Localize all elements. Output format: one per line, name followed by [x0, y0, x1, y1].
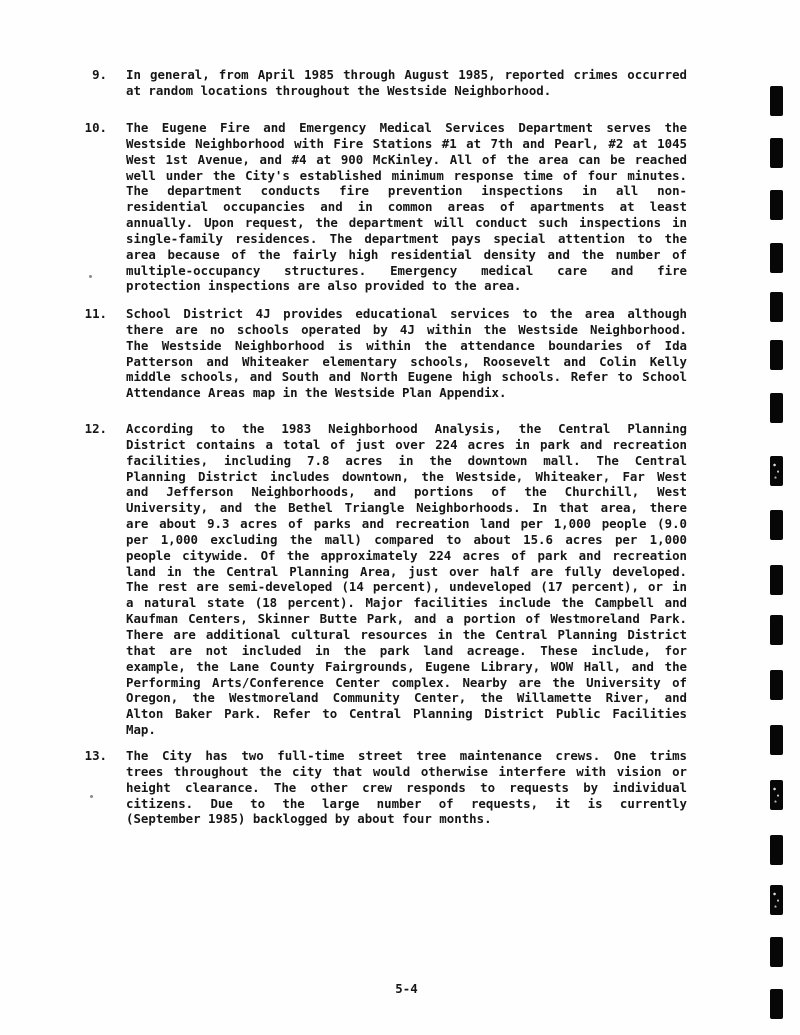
binding-mark [770, 565, 783, 595]
text-line: The Eugene Fire and Emergency Medical Se… [126, 120, 687, 136]
paragraph-item: 11.School District 4J provides education… [84, 306, 687, 401]
text-line: protection inspections are also provided… [126, 278, 687, 294]
text-line: at random locations throughout the Wests… [126, 83, 687, 99]
binding-mark [770, 989, 783, 1019]
text-line: facilities, including 7.8 acres in the d… [126, 453, 687, 469]
binding-mark [770, 615, 783, 645]
paragraph-number: 9. [84, 67, 107, 99]
text-line: The rest are semi-developed (14 percent)… [126, 579, 687, 595]
text-line: are about 9.3 acres of parks and recreat… [126, 516, 687, 532]
text-line: multiple-occupancy structures. Emergency… [126, 263, 687, 279]
text-line: In general, from April 1985 through Augu… [126, 67, 687, 83]
binding-mark [770, 292, 783, 322]
page-number: 5-4 [126, 981, 687, 997]
text-line: Westside Neighborhood with Fire Stations… [126, 136, 687, 152]
text-line: middle schools, and South and North Euge… [126, 369, 687, 385]
text-line: Performing Arts/Conference Center comple… [126, 675, 687, 691]
text-line: Kaufman Centers, Skinner Butte Park, and… [126, 611, 687, 627]
scan-speck [90, 795, 93, 798]
binding-mark [770, 780, 783, 810]
paragraph-text: The Eugene Fire and Emergency Medical Se… [126, 120, 687, 294]
binding-mark [770, 138, 783, 168]
text-line: Alton Baker Park. Refer to Central Plann… [126, 706, 687, 722]
text-line: School District 4J provides educational … [126, 306, 687, 322]
text-line: citizens. Due to the large number of req… [126, 796, 687, 812]
binding-mark [770, 510, 783, 540]
text-line: area because of the fairly high resident… [126, 247, 687, 263]
text-line: Attendance Areas map in the Westside Pla… [126, 385, 687, 401]
text-line: The Westside Neighborhood is within the … [126, 338, 687, 354]
text-line: University, and the Bethel Triangle Neig… [126, 500, 687, 516]
paragraph-text: In general, from April 1985 through Augu… [126, 67, 687, 99]
text-line: Map. [126, 722, 687, 738]
binding-mark [770, 885, 783, 915]
text-line: people citywide. Of the approximately 22… [126, 548, 687, 564]
binding-mark [770, 937, 783, 967]
text-line: a natural state (18 percent). Major faci… [126, 595, 687, 611]
text-line: per 1,000 excluding the mall) compared t… [126, 532, 687, 548]
text-line: residential occupancies and in common ar… [126, 199, 687, 215]
text-line: There are additional cultural resources … [126, 627, 687, 643]
paragraph-item: 10.The Eugene Fire and Emergency Medical… [84, 120, 687, 294]
text-line: trees throughout the city that would oth… [126, 764, 687, 780]
text-line: single-family residences. The department… [126, 231, 687, 247]
text-line: Patterson and Whiteaker elementary schoo… [126, 354, 687, 370]
paragraph-text: School District 4J provides educational … [126, 306, 687, 401]
text-line: (September 1985) backlogged by about fou… [126, 811, 687, 827]
scan-speck [89, 275, 92, 278]
binding-mark [770, 340, 783, 370]
binding-mark [770, 670, 783, 700]
paragraph-text: According to the 1983 Neighborhood Analy… [126, 421, 687, 738]
binding-mark [770, 725, 783, 755]
binding-mark [770, 190, 783, 220]
text-line: According to the 1983 Neighborhood Analy… [126, 421, 687, 437]
paragraph-number: 10. [84, 120, 107, 294]
text-line: well under the City's established minimu… [126, 168, 687, 184]
paragraph-text: The City has two full-time street tree m… [126, 748, 687, 827]
scanned-document-page: 9.In general, from April 1985 through Au… [0, 0, 800, 1035]
text-line: land in the Central Planning Area, just … [126, 564, 687, 580]
binding-mark [770, 835, 783, 865]
text-line: West 1st Avenue, and #4 at 900 McKinley.… [126, 152, 687, 168]
paragraph-number: 11. [84, 306, 107, 401]
binding-mark [770, 456, 783, 486]
paragraph-number: 13. [84, 748, 107, 827]
text-line: District contains a total of just over 2… [126, 437, 687, 453]
text-line: that are not included in the park land a… [126, 643, 687, 659]
paragraph-number: 12. [84, 421, 107, 738]
paragraph-item: 13.The City has two full-time street tre… [84, 748, 687, 827]
text-line: example, the Lane County Fairgrounds, Eu… [126, 659, 687, 675]
binding-mark [770, 243, 783, 273]
text-line: The department conducts fire prevention … [126, 183, 687, 199]
text-line: and Jefferson Neighborhoods, and portion… [126, 484, 687, 500]
paragraph-item: 9.In general, from April 1985 through Au… [84, 67, 687, 99]
text-line: Planning District includes downtown, the… [126, 469, 687, 485]
text-line: annually. Upon request, the department w… [126, 215, 687, 231]
binding-mark [770, 86, 783, 116]
paragraph-item: 12.According to the 1983 Neighborhood An… [84, 421, 687, 738]
text-line: there are no schools operated by 4J with… [126, 322, 687, 338]
binding-mark [770, 393, 783, 423]
text-line: height clearance. The other crew respond… [126, 780, 687, 796]
text-line: Oregon, the Westmoreland Community Cente… [126, 690, 687, 706]
text-line: The City has two full-time street tree m… [126, 748, 687, 764]
